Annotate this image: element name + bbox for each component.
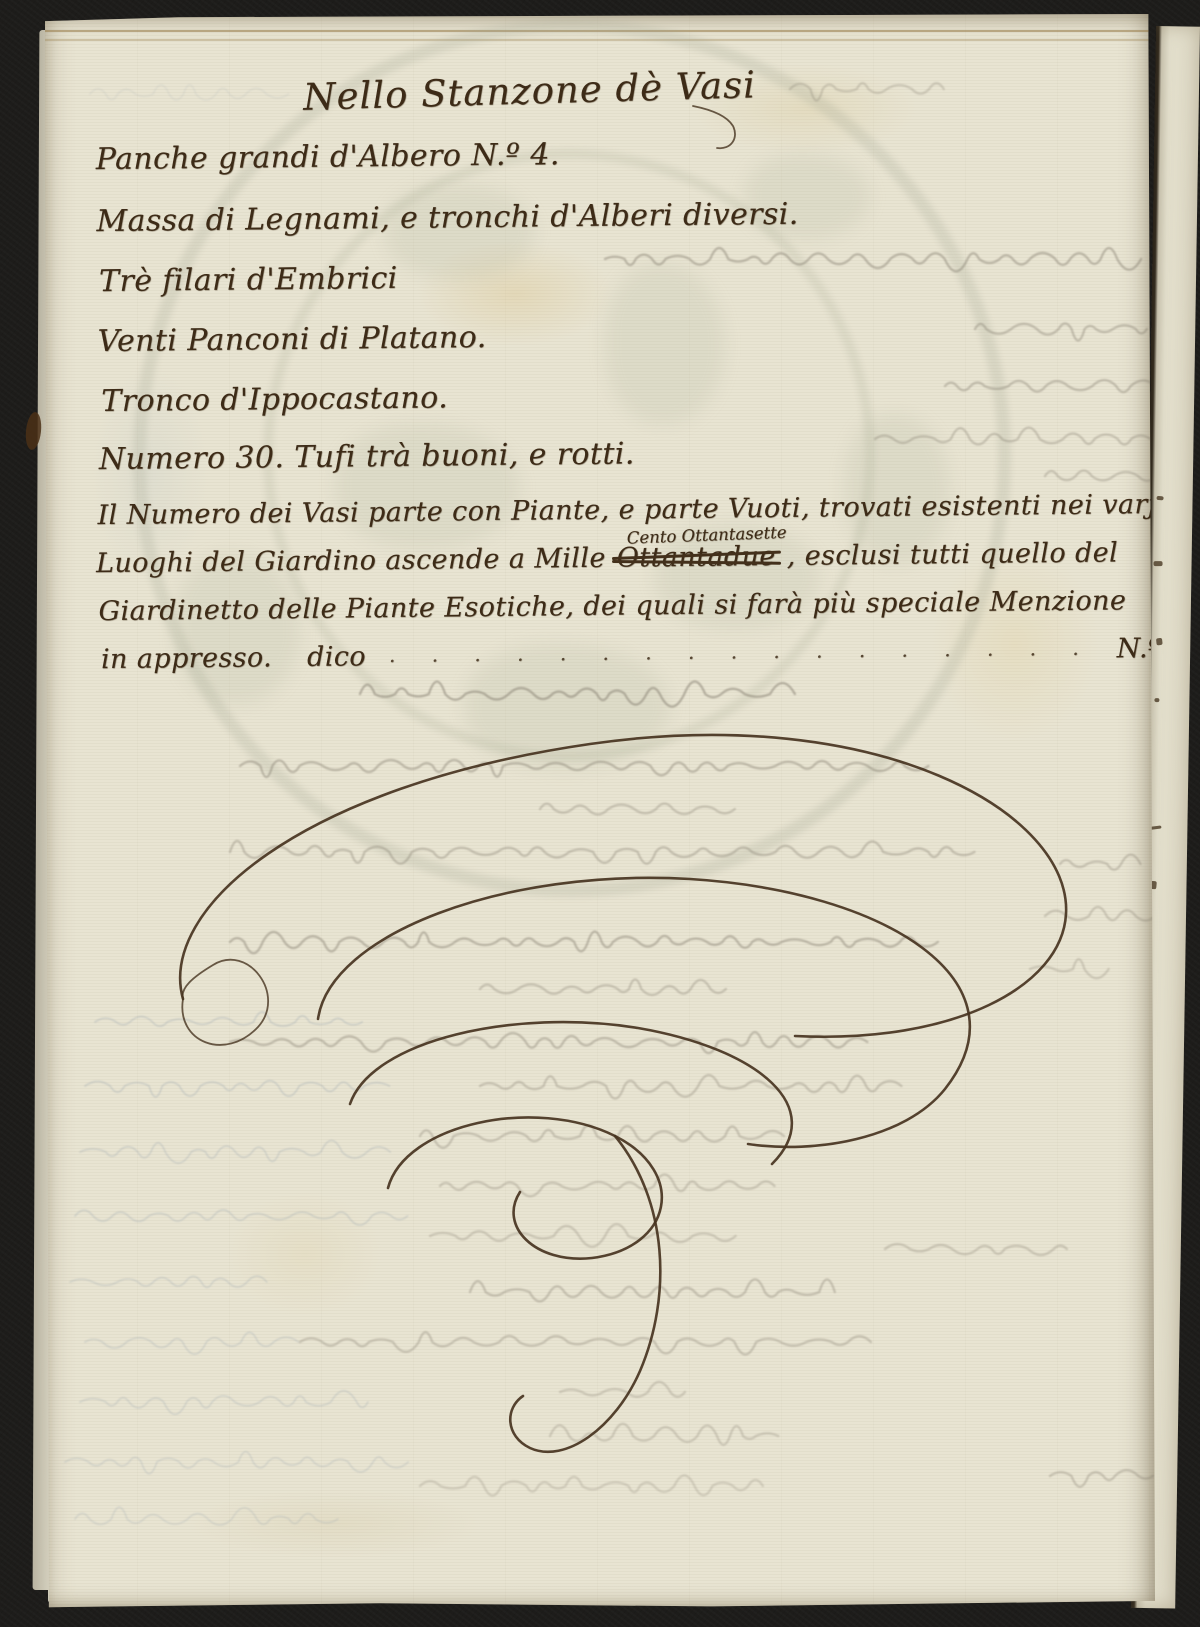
next-page-ink-fragment	[1150, 825, 1161, 829]
inventory-line: Trè filari d'Embrici	[99, 261, 398, 299]
flourish-arc-1	[180, 735, 1066, 1037]
dico-word: dico	[307, 641, 366, 673]
flourish-loop	[182, 960, 268, 1045]
closing-words: in appresso.	[101, 642, 272, 675]
inventory-line: Massa di Legnami, e tronchi d'Alberi div…	[96, 197, 799, 239]
inventory-line: Numero 30. Tufi trà buoni, e rotti.	[99, 436, 635, 477]
flourish-arc-3	[350, 1022, 792, 1164]
calligraphic-flourish	[45, 14, 1155, 1608]
next-page-ink-fragment	[1154, 698, 1159, 702]
next-page-ink-fragment	[1154, 561, 1163, 566]
flourish-tail	[510, 1136, 660, 1452]
flourish-arc-4	[388, 1117, 662, 1258]
next-page-ink-fragment	[1156, 638, 1163, 646]
paragraph-line-2-before: Luoghi del Giardino ascende a Mille	[96, 543, 606, 579]
handwritten-content: Nello Stanzone dè Vasi Panche grandi d'A…	[44, 3, 1154, 15]
struck-number-word: Ottantadue Cento Ottantasette	[615, 541, 778, 574]
inventory-line: Venti Panconi di Platano.	[98, 320, 487, 359]
next-page-ink-fragment	[1156, 496, 1163, 501]
dotted-leader: . . . . . . . . . . . . . . . . .	[389, 636, 1094, 667]
flourish-arc-2	[318, 878, 970, 1147]
inventory-line: Panche grandi d'Albero N.º 4.	[96, 137, 560, 177]
inventory-line: Tronco d'Ippocastano.	[101, 380, 448, 419]
manuscript-page: Nello Stanzone dè Vasi Panche grandi d'A…	[45, 14, 1155, 1608]
paragraph-line-2-after: , esclusi tutti quello del	[787, 537, 1119, 571]
title-swash	[693, 106, 735, 148]
archival-scan: Nello Stanzone dè Vasi Panche grandi d'A…	[0, 0, 1200, 1627]
